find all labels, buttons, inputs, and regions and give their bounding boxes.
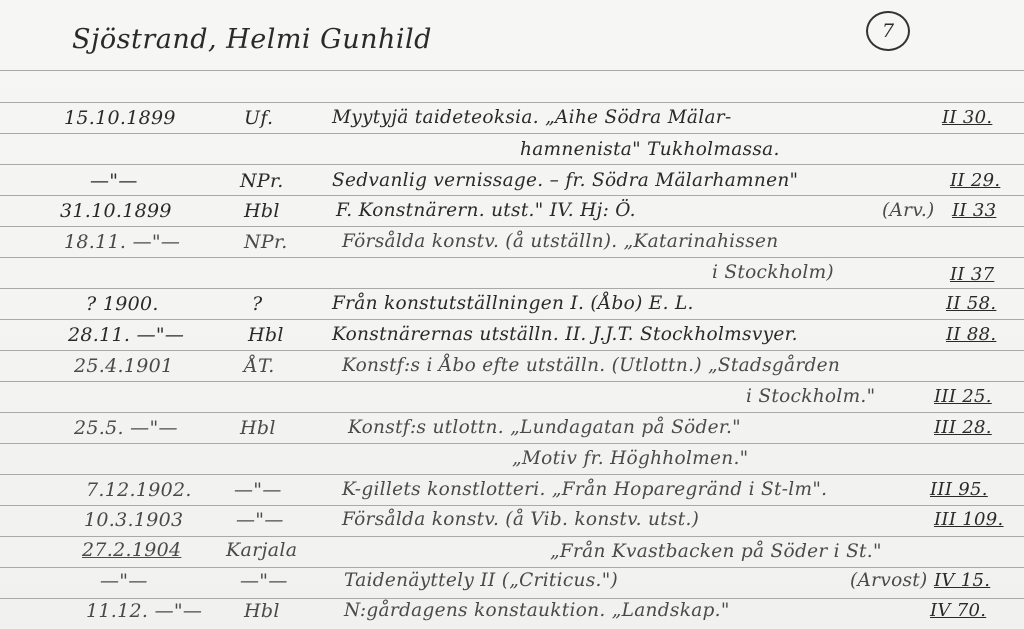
entry-reference: III 28.: [934, 417, 992, 438]
entry-reference: II 58.: [946, 293, 996, 314]
entry-date: 25.5. —"—: [74, 417, 178, 439]
ruled-line: [0, 102, 1024, 103]
entry-reference: II 88.: [946, 324, 996, 345]
ruled-line: [0, 381, 1024, 382]
entry-text: K-gillets konstlotteri. „Från Hoparegrän…: [342, 479, 827, 500]
ruled-line: [0, 567, 1024, 568]
entry-source: NPr.: [240, 170, 284, 192]
entry-text: Försålda konstv. (å utställn). „Katarina…: [342, 231, 778, 252]
ruled-line: [0, 195, 1024, 196]
entry-reference: III 25.: [934, 386, 992, 407]
entry-text: Försålda konstv. (å Vib. konstv. utst.): [342, 509, 699, 530]
entry-source: ?: [252, 293, 263, 315]
entry-text: hamnenista" Tukholmassa.: [520, 139, 780, 160]
entry-source: Hbl: [244, 200, 280, 222]
entry-date: —"—: [90, 170, 138, 192]
entry-date: 28.11. —"—: [68, 324, 184, 346]
ruled-line: [0, 474, 1024, 475]
entry-text: Från konstutställningen I. (Åbo) E. L.: [332, 293, 694, 314]
entry-date: 25.4.1901: [74, 355, 173, 377]
card-number: 7: [882, 20, 894, 42]
entry-source: Hbl: [244, 600, 280, 622]
entry-text: i Stockholm.": [746, 386, 875, 407]
archive-index-card: Sjöstrand, Helmi Gunhild 7 15.10.1899 Uf…: [0, 0, 1024, 629]
entry-text: i Stockholm): [712, 262, 834, 283]
entry-text: Myytyjä taideteoksia. „Aihe Södra Mälar-: [332, 107, 732, 128]
ruled-line: [0, 350, 1024, 351]
entry-note: (Arv.): [882, 200, 935, 221]
entry-source: Hbl: [240, 417, 276, 439]
entry-date: 7.12.1902.: [86, 479, 192, 501]
entry-source: —"—: [234, 479, 282, 501]
ruled-line: [0, 536, 1024, 537]
entry-source: —"—: [236, 509, 284, 531]
entry-reference: II 29.: [950, 170, 1000, 191]
ruled-line: [0, 505, 1024, 506]
entry-text: Sedvanlig vernissage. – fr. Södra Mälarh…: [332, 170, 798, 191]
entry-note: (Arvost): [850, 570, 928, 591]
entry-source: —"—: [240, 570, 288, 592]
entry-date: 10.3.1903: [84, 509, 183, 531]
ruled-line: [0, 412, 1024, 413]
entry-reference: II 30.: [942, 107, 992, 128]
entry-source: Hbl: [248, 324, 284, 346]
entry-reference: III 109.: [934, 509, 1004, 530]
entry-text: N:gårdagens konstauktion. „Landskap.": [344, 600, 730, 621]
entry-reference: III 95.: [930, 479, 988, 500]
ruled-line: [0, 443, 1024, 444]
entry-text: Konstnärernas utställn. II. J.J.T. Stock…: [332, 324, 798, 345]
ruled-line: [0, 257, 1024, 258]
entry-reference: II 33: [952, 200, 996, 221]
entry-reference: IV 15.: [934, 570, 990, 591]
ruled-line: [0, 288, 1024, 289]
entry-text: „Från Kvastbacken på Söder i St.": [550, 541, 882, 562]
entry-date: 18.11. —"—: [64, 231, 180, 253]
entry-date: —"—: [100, 570, 148, 592]
ruled-line: [0, 133, 1024, 134]
entry-text: „Motiv fr. Höghholmen.": [512, 448, 748, 469]
ruled-line: [0, 70, 1024, 71]
entry-date: 31.10.1899: [60, 200, 172, 222]
entry-date: 27.2.1904: [82, 539, 181, 561]
ruled-line: [0, 164, 1024, 165]
entry-source: ÅT.: [244, 355, 275, 377]
entry-source: Uf.: [244, 107, 273, 129]
card-name-heading: Sjöstrand, Helmi Gunhild: [72, 24, 432, 55]
card-number-circle: 7: [866, 11, 910, 51]
entry-source: Karjala: [226, 539, 297, 561]
entry-text: Konstf:s i Åbo efte utställn. (Utlottn.)…: [342, 355, 840, 376]
entry-date: 15.10.1899: [64, 107, 176, 129]
entry-source: NPr.: [244, 231, 288, 253]
entry-text: Konstf:s utlottn. „Lundagatan på Söder.": [348, 417, 741, 438]
entry-reference: IV 70.: [930, 600, 986, 621]
ruled-line: [0, 319, 1024, 320]
entry-text: Taidenäyttely II („Criticus."): [344, 570, 618, 591]
ruled-line: [0, 598, 1024, 599]
entry-date: ? 1900.: [86, 293, 159, 315]
entry-reference: II 37: [950, 264, 994, 285]
entry-date: 11.12. —"—: [86, 600, 202, 622]
ruled-line: [0, 226, 1024, 227]
entry-text: F. Konstnärern. utst." IV. Hj: Ö.: [336, 200, 636, 221]
